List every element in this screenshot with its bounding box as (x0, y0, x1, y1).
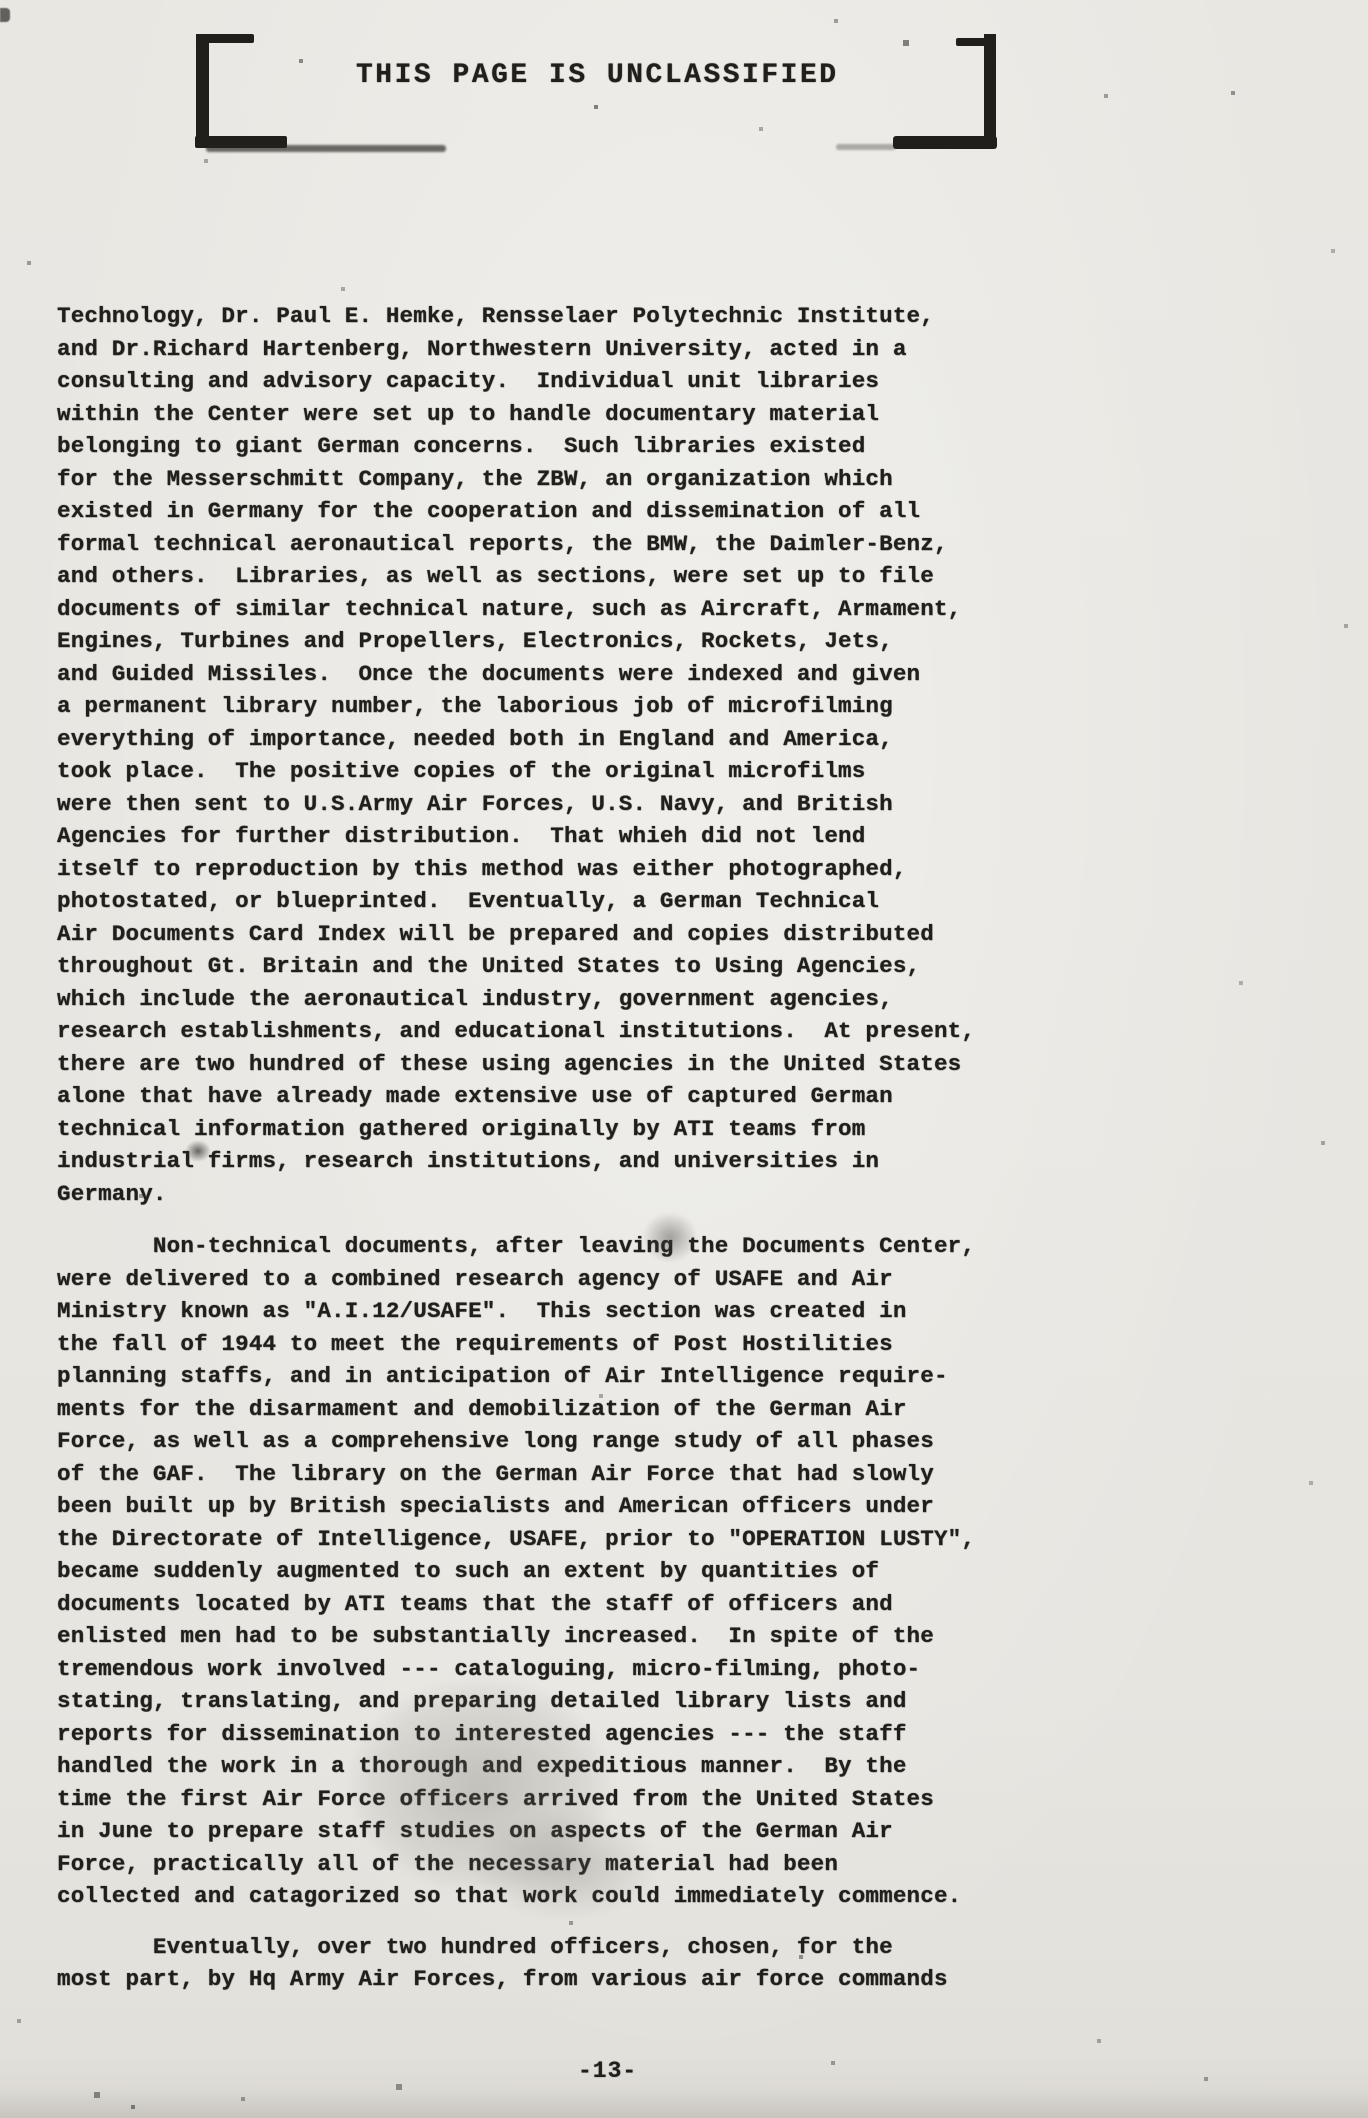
scan-speckles (0, 0, 2, 2)
scan-corner-mark (0, 8, 10, 22)
paragraph-3: Eventually, over two hundred officers, c… (57, 1931, 1057, 1996)
ink-smear (836, 144, 896, 150)
scan-bottom-shading (0, 2088, 1368, 2118)
body-text: Technology, Dr. Paul E. Hemke, Rensselae… (57, 300, 1057, 2016)
unclassified-stamp: THIS PAGE IS UNCLASSIFIED (196, 34, 996, 146)
stamp-left-bracket-icon (196, 34, 281, 146)
stamp-text: THIS PAGE IS UNCLASSIFIED (356, 60, 839, 91)
paragraph-2: Non-technical documents, after leaving t… (57, 1230, 1057, 1913)
scanned-document-page: THIS PAGE IS UNCLASSIFIED Technology, Dr… (0, 0, 1368, 2118)
page-number: -13- (578, 2058, 637, 2084)
ink-smear (206, 145, 446, 152)
stamp-right-bracket-icon (912, 34, 996, 146)
paragraph-1: Technology, Dr. Paul E. Hemke, Rensselae… (57, 300, 1057, 1210)
